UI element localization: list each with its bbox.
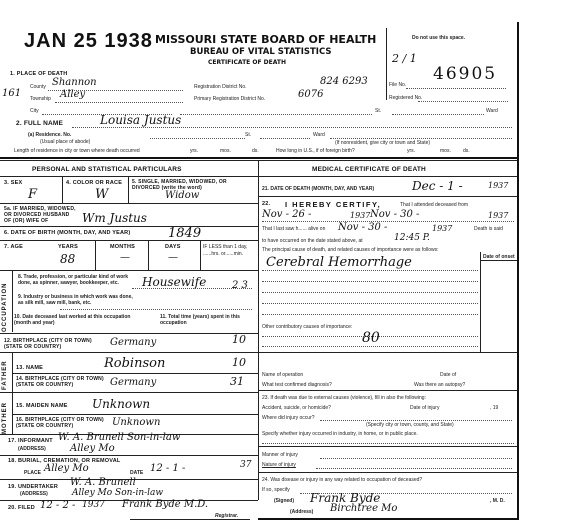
undertaker-value: W. A. Brunell: [70, 477, 136, 488]
township-label: Township: [30, 96, 51, 102]
informant-address-value: Alley Mo: [70, 443, 115, 454]
father-name-label: 13. NAME: [16, 365, 43, 371]
residence-sub: (Usual place of abode): [40, 139, 90, 145]
file-no-label: File No.: [389, 82, 406, 88]
death-year-value: 1937: [488, 181, 508, 190]
coding-mark: 80: [362, 330, 380, 346]
ward-label: Ward: [486, 108, 498, 114]
undertaker-address-label: (ADDRESS): [20, 491, 48, 497]
mother-maiden-label: 15. MAIDEN NAME: [16, 403, 68, 409]
personal-section-title: PERSONAL AND STATISTICAL PARTICULARS: [32, 166, 182, 173]
other-causes-label: Other contributory causes of importance:: [262, 324, 352, 330]
years-label: YEARS: [58, 244, 78, 250]
mother-side-label: MOTHER: [2, 402, 8, 434]
father-name-code: 10: [232, 356, 246, 369]
injury-date-label: Date of injury: [410, 405, 439, 411]
birthplace-label: 12. BIRTHPLACE (CITY OR TOWN) (STATE OR …: [4, 338, 104, 350]
diagnosis-label: What test confirmed diagnosis?: [262, 382, 332, 388]
burial-place-value: Alley Mo: [44, 463, 89, 474]
received-date-stamp: JAN 25 1938: [24, 30, 153, 53]
residence-mos: mos.: [220, 148, 231, 154]
left-margin-note: 161: [2, 88, 21, 99]
nonresident-note: (If nonresident, give city or town and S…: [335, 140, 430, 146]
county-label: County: [30, 84, 46, 90]
length-of-residence-label: Length of residence in city or town wher…: [14, 148, 140, 154]
principal-cause-value: Cerebral Hemorrhage: [266, 255, 412, 270]
township-value: Alley: [60, 89, 85, 100]
primary-district-value: 6076: [298, 89, 323, 100]
external-causes-label: 23. If death was due to external causes …: [262, 395, 426, 401]
total-time-label: 11. Total time (years) spent in this occ…: [160, 314, 240, 326]
father-birthplace-code: 31: [230, 375, 244, 388]
attended-from-value: Nov - 26 -: [262, 209, 311, 220]
autopsy-label: Was there an autopsy?: [414, 382, 465, 388]
age-label: 7. AGE: [4, 244, 23, 250]
spouse-label: 5a. IF MARRIED, WIDOWED, OR DIVORCED HUS…: [4, 206, 76, 224]
signed-label: (Signed): [274, 498, 294, 504]
age-years-value: 88: [60, 252, 75, 266]
us-ds: ds.: [463, 148, 470, 154]
dob-label: 6. DATE OF BIRTH (MONTH, DAY, AND YEAR): [4, 230, 130, 236]
if-so-label: If so, specify: [262, 487, 290, 493]
color-value: W: [95, 187, 108, 202]
last-saw-value: Nov - 30 -: [338, 222, 387, 233]
certify-number: 22.: [262, 201, 270, 207]
date-of-death-value: Dec - 1 -: [412, 179, 463, 193]
occupation-related-label: 24. Was disease or injury in any way rel…: [262, 477, 422, 483]
us-yrs: yrs.: [407, 148, 415, 154]
birthplace-value: Germany: [110, 337, 156, 348]
how-long-in-us-label: How long in U.S., if of foreign birth?: [276, 148, 355, 154]
industry-label: 9. Industry or business in which work wa…: [18, 294, 133, 306]
street-label: St.: [375, 108, 381, 114]
occupation-side-label: OCCUPATION: [2, 283, 8, 332]
father-side-label: FATHER: [2, 360, 8, 390]
county-value: Shannon: [52, 77, 97, 88]
filed-label: 20. FILED: [8, 505, 35, 511]
father-name-value: Robinson: [104, 356, 165, 371]
address-label: (Address): [290, 509, 313, 515]
trade-value: Housewife: [142, 275, 206, 289]
file-number: 46905: [433, 64, 497, 84]
registrar-signature: Frank Byde M.D.: [122, 499, 208, 510]
occurred-time-value: 12:45 P.: [394, 233, 430, 243]
sex-value: F: [28, 187, 37, 202]
informant-value: W. A. Brunell Son-in-law: [58, 432, 180, 443]
trade-label: 8. Trade, profession, or particular kind…: [18, 274, 133, 286]
physician-address: Birchtree Mo: [330, 503, 397, 514]
dob-value: 1849: [168, 226, 201, 241]
sex-label: 3. SEX: [4, 180, 22, 186]
residence-st-label: St.: [245, 132, 251, 138]
informant-label: 17. INFORMANT: [8, 438, 53, 444]
margin-number: 2 / 1: [392, 52, 417, 65]
document-type: CERTIFICATE OF DEATH: [208, 59, 286, 66]
city-label: City: [30, 108, 39, 114]
us-mos: mos.: [440, 148, 451, 154]
father-birthplace-value: Germany: [110, 377, 156, 388]
reg-district-label: Registration District No.: [194, 84, 247, 90]
specify-place-label: Specify whether injury occurred in indus…: [262, 431, 418, 437]
where-injury-label: Where did injury occur?: [262, 415, 315, 421]
filed-year-value: 1937: [82, 500, 105, 510]
certify-text: That I attended deceased from: [400, 202, 468, 208]
less-than-day-label: IF LESS than 1 day, ......hrs. or......m…: [203, 244, 255, 258]
attended-to-value: Nov - 30 -: [370, 209, 419, 220]
marital-status-value: Widow: [165, 190, 199, 201]
months-label: MONTHS: [110, 244, 135, 250]
residence-ward-label: Ward: [313, 132, 325, 138]
board-title: MISSOURI STATE BOARD OF HEALTH: [155, 33, 376, 46]
mother-birthplace-value: Unknown: [112, 417, 160, 428]
mother-maiden-value: Unknown: [92, 397, 150, 411]
accident-label: Accident, suicide, or homicide?: [262, 405, 331, 411]
death-said-label: Death is said: [474, 226, 503, 232]
attended-to-year: 1937: [488, 211, 508, 220]
operation-date-label: Date of: [440, 372, 456, 378]
color-label: 4. COLOR OR RACE: [66, 180, 122, 186]
birthplace-code: 10: [232, 333, 246, 346]
days-label: DAYS: [165, 244, 181, 250]
nature-label: Nature of injury: [262, 462, 296, 468]
date-of-death-label: 21. DATE OF DEATH (MONTH, DAY, AND YEAR): [262, 186, 374, 192]
date-last-worked-label: 10. Date deceased last worked at this oc…: [14, 314, 134, 326]
reg-district-value: 824 6293: [320, 76, 368, 87]
full-name-label: 2. FULL NAME: [16, 120, 63, 127]
principal-cause-label: The principal cause of death, and relate…: [262, 247, 439, 253]
residence-yrs: yrs.: [190, 148, 198, 154]
age-months-value: —: [120, 252, 130, 263]
do-not-use-note: Do not use this space.: [412, 35, 465, 41]
spouse-value: Wm Justus: [82, 211, 147, 225]
full-name-value: Louisa Justus: [100, 113, 181, 127]
certify-label: I HEREBY CERTIFY,: [285, 200, 381, 209]
manner-label: Manner of injury: [262, 452, 298, 458]
residence-ds: ds.: [252, 148, 259, 154]
burial-year-value: 37: [240, 460, 251, 470]
age-days-value: —: [168, 252, 178, 263]
father-birthplace-label: 14. BIRTHPLACE (CITY OR TOWN) (STATE OR …: [16, 376, 116, 388]
undertaker-label: 19. UNDERTAKER: [8, 484, 58, 490]
informant-address-label: (ADDRESS): [18, 446, 46, 452]
medical-section-title: MEDICAL CERTIFICATE OF DEATH: [312, 166, 426, 173]
bureau-subtitle: BUREAU OF VITAL STATISTICS: [190, 47, 331, 57]
mother-birthplace-label: 16. BIRTHPLACE (CITY OR TOWN) (STATE OR …: [16, 417, 116, 429]
filed-date-value: 12 - 2 -: [40, 500, 75, 511]
attended-from-year: 1937: [350, 211, 370, 220]
primary-district-label: Primary Registration District No.: [194, 96, 265, 102]
burial-date-label: DATE: [130, 470, 143, 476]
occurred-label: to have occurred on the date stated abov…: [262, 238, 363, 244]
where-injury-sub: (Specify city or town, county, and State…: [366, 422, 454, 428]
last-saw-label: That I last saw h...... alive on: [262, 226, 325, 232]
undertaker-address-value: Alley Mo Son-in-law: [72, 488, 163, 498]
trade-margin-code: 2 3: [232, 280, 248, 291]
md-label: , M. D.: [490, 498, 505, 504]
last-saw-year: 1937: [432, 224, 452, 233]
burial-place-label: PLACE: [24, 470, 41, 476]
residence-label: (a) Residence. No.: [28, 132, 71, 138]
injury-year-label: , 19: [490, 405, 498, 411]
operation-label: Name of operation: [262, 372, 303, 378]
burial-date-value: 12 - 1 -: [150, 463, 185, 474]
